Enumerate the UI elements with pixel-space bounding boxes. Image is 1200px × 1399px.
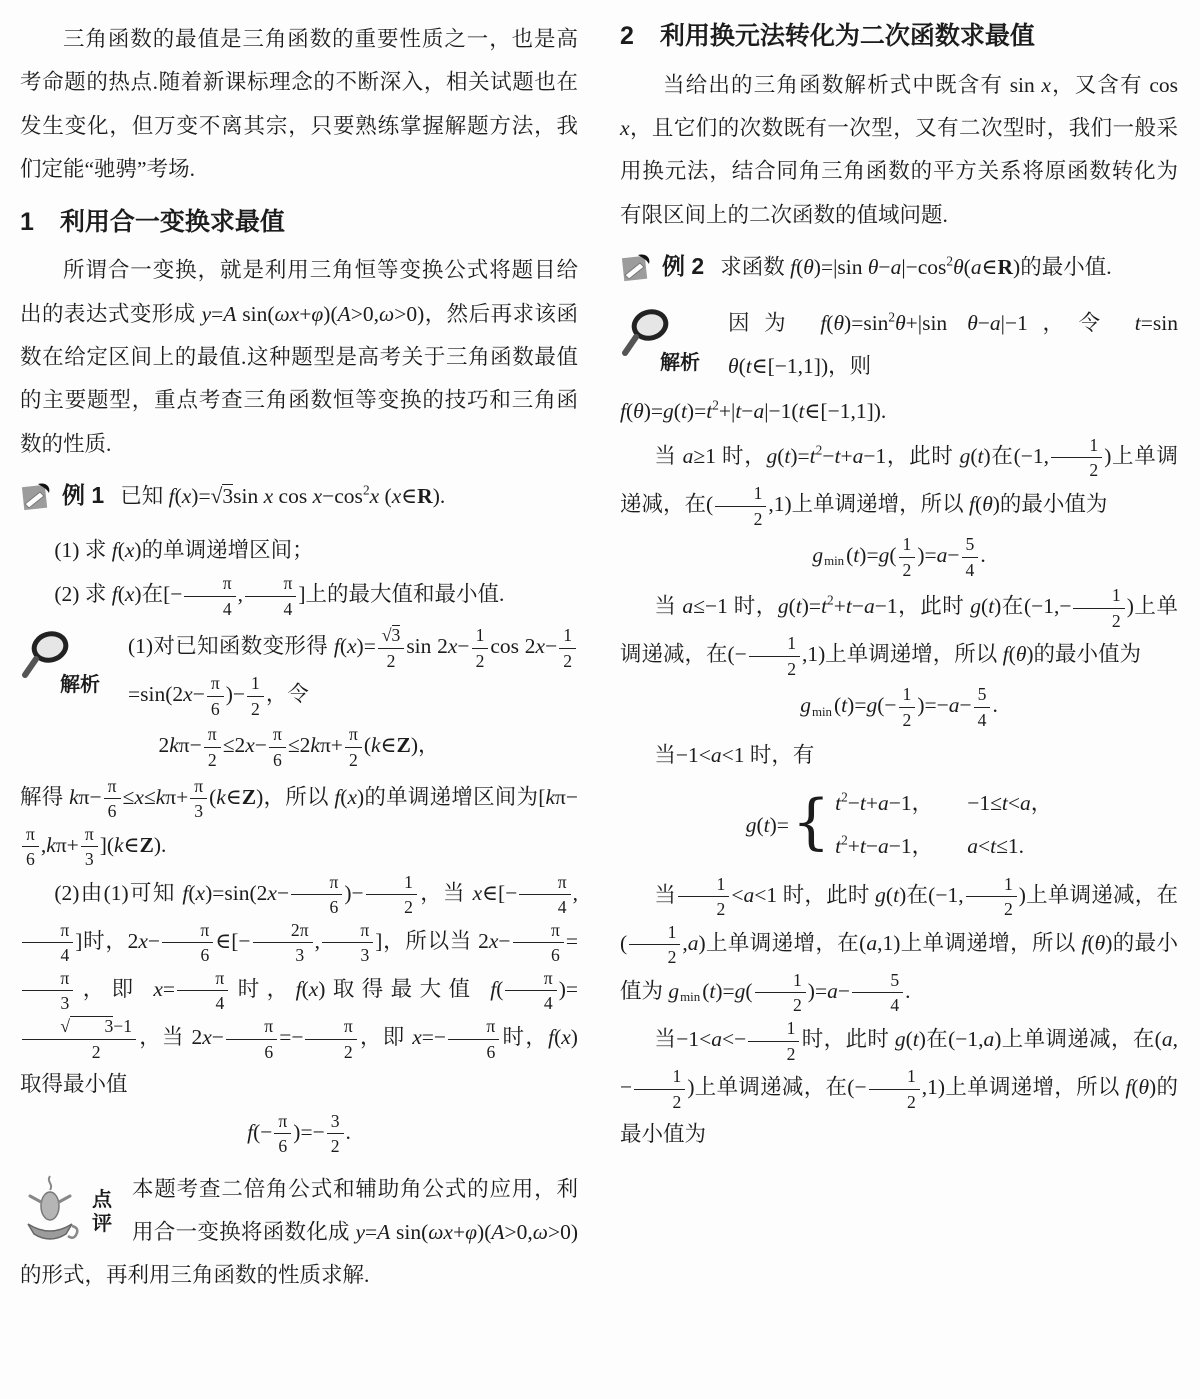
section2-heading: 2 利用换元法转化为二次函数求最值 bbox=[620, 18, 1178, 56]
solution1-formula1: 2kπ−π2≤2x−π6≤2kπ+π2(k∈Z)， bbox=[20, 723, 578, 771]
section1-intro-paragraph: 所谓合一变换，就是利用三角恒等变换公式将题目给出的表达式变形成 y=A sin(… bbox=[20, 249, 578, 466]
magnifier-icon bbox=[620, 308, 682, 358]
piecewise-row-1: t2−t+a−1， −1≤t<a， bbox=[835, 782, 1052, 825]
left-brace: { bbox=[792, 797, 830, 848]
section1-number: 1 bbox=[20, 204, 34, 242]
piecewise-row-2-cond: a<t≤1. bbox=[967, 825, 1024, 868]
analysis2-icon-group: 解析 bbox=[620, 308, 722, 384]
solution2-paragraph3: 当 a≥1 时，g(t)=t2−t+a−1，此时 g(t)在(−1,12)上单调… bbox=[620, 434, 1178, 530]
analysis1-icon-group: 解析 bbox=[20, 630, 122, 706]
analysis2-block: 解析 因为 f(θ)=sin2θ+|sin θ−a|−1，令 t=sin θ(t… bbox=[620, 302, 1178, 389]
genie-lamp-icon bbox=[20, 1174, 82, 1250]
example2-block: 例 2求函数 f(θ)=|sin θ−a|−cos2θ(a∈R)的最小值. bbox=[620, 243, 1178, 297]
piecewise-cases: t2−t+a−1， −1≤t<a， t2+t−a−1， a<t≤1. bbox=[835, 782, 1052, 869]
piecewise-row-2: t2+t−a−1， a<t≤1. bbox=[835, 825, 1052, 868]
solution2-paragraph5: 当−1<a<1 时，有 bbox=[620, 734, 1178, 777]
solution2-formula2: gmin(t)=g(−12)=−a−54. bbox=[620, 683, 1178, 731]
example1-text: 已知 f(x)=√3sin x cos x−cos2x (x∈R). bbox=[120, 484, 445, 508]
example1-question1: (1) 求 f(x)的单调递增区间； bbox=[20, 529, 578, 572]
magnifier-icon bbox=[20, 630, 82, 680]
comment-label: 点评 bbox=[92, 1188, 114, 1236]
left-column: 三角函数的最值是三角函数的重要性质之一，也是高考命题的热点.随着新课标理念的不断… bbox=[20, 18, 578, 1298]
piecewise-row-1-cond: −1≤t<a， bbox=[967, 782, 1052, 825]
section2-number: 2 bbox=[620, 18, 634, 56]
analysis1-label: 解析 bbox=[60, 674, 100, 696]
example2-text: 求函数 f(θ)=|sin θ−a|−cos2θ(a∈R)的最小值. bbox=[720, 255, 1111, 279]
solution2-paragraph7: 当−1<a<−12时，此时 g(t)在(−1,a)上单调递减，在(a,−12)上… bbox=[620, 1017, 1178, 1157]
piecewise-row-2-expr: t2+t−a−1， bbox=[835, 825, 933, 868]
page-container: 三角函数的最值是三角函数的重要性质之一，也是高考命题的热点.随着新课标理念的不断… bbox=[0, 0, 1200, 1298]
solution2-paragraph2: f(θ)=g(t)=t2+|t−a|−1(t∈[−1,1]). bbox=[620, 390, 1178, 433]
comment-block: 点评 本题考查二倍角公式和辅助角公式的应用，利用合一变换将函数化成 y=A si… bbox=[20, 1168, 578, 1298]
right-column: 2 利用换元法转化为二次函数求最值 当给出的三角函数解析式中既含有 sin x，… bbox=[620, 18, 1178, 1298]
solution1-formula2: f(−π6)=−32. bbox=[20, 1110, 578, 1158]
section2-title: 利用换元法转化为二次函数求最值 bbox=[660, 18, 1035, 56]
intro-paragraph: 三角函数的最值是三角函数的重要性质之一，也是高考命题的热点.随着新课标理念的不断… bbox=[20, 18, 578, 192]
piecewise-lead: g(t)= bbox=[746, 804, 789, 847]
example1-label: 例 1 bbox=[62, 482, 104, 508]
comment-icon-group: 点评 bbox=[20, 1174, 124, 1250]
solution1-paragraph3: (2)由(1)可知 f(x)=sin(2x−π6)−12，当 x∈[−π4,π4… bbox=[20, 871, 578, 1107]
section1-title: 利用合一变换求最值 bbox=[60, 204, 285, 242]
analysis1-block: 解析 (1)对已知函数变形得 f(x)=√32sin 2x−12cos 2x−1… bbox=[20, 624, 578, 720]
solution2-paragraph6: 当12<a<1 时，此时 g(t)在(−1,12)上单调递减，在(12,a)上单… bbox=[620, 873, 1178, 1017]
example2-label: 例 2 bbox=[662, 253, 704, 279]
example1-question2: (2) 求 f(x)在[−π4,π4]上的最大值和最小值. bbox=[20, 572, 578, 620]
example1-block: 例 1已知 f(x)=√3sin x cos x−cos2x (x∈R). bbox=[20, 472, 578, 526]
pen-scroll-icon bbox=[20, 481, 54, 526]
solution1-paragraph2: 解得 kπ−π6≤x≤kπ+π3(k∈Z)，所以 f(x)的单调递增区间为[kπ… bbox=[20, 775, 578, 871]
solution2-paragraph4: 当 a≤−1 时，g(t)=t2+t−a−1，此时 g(t)在(−1,−12)上… bbox=[620, 584, 1178, 680]
analysis2-label: 解析 bbox=[660, 352, 700, 374]
section2-intro-paragraph: 当给出的三角函数解析式中既含有 sin x，又含有 cos x，且它们的次数既有… bbox=[620, 64, 1178, 238]
pen-scroll-icon bbox=[620, 252, 654, 297]
piecewise-row-1-expr: t2−t+a−1， bbox=[835, 782, 933, 825]
solution2-formula1: gmin(t)=g(12)=a−54. bbox=[620, 533, 1178, 581]
section1-heading: 1 利用合一变换求最值 bbox=[20, 204, 578, 242]
piecewise-formula: g(t)= { t2−t+a−1， −1≤t<a， t2+t−a−1， a<t≤… bbox=[620, 782, 1178, 869]
